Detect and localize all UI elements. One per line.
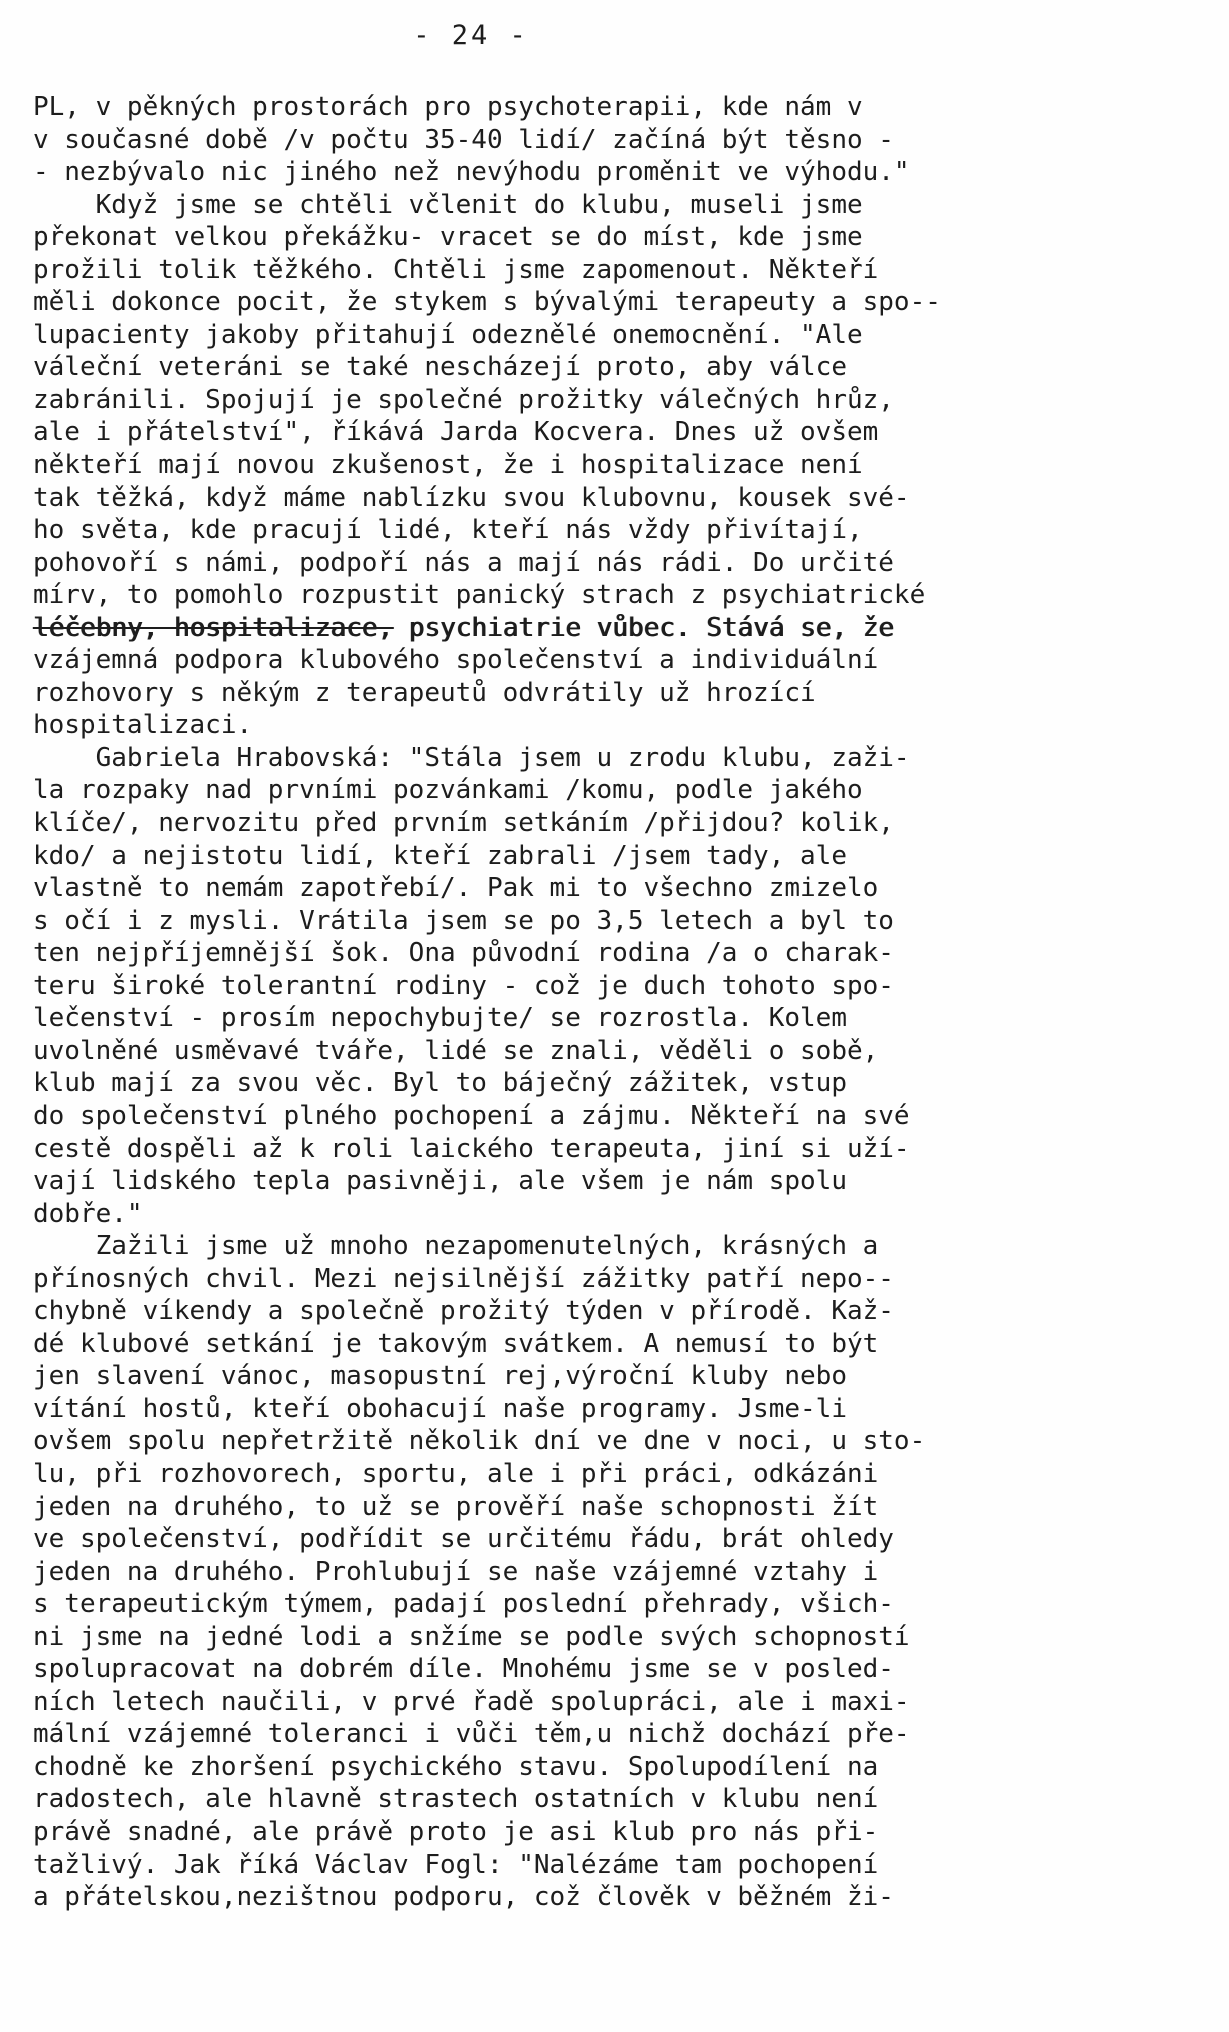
text-line: radostech, ale hlavně strastech ostatníc… [33,1783,933,1816]
page-number: - 24 - [33,20,909,51]
text-line: měli dokonce pocit, že stykem s bývalými… [33,286,933,319]
text-line: jen slavení vánoc, masopustní rej,výročn… [33,1360,933,1393]
text-line: do společenství plného pochopení a zájmu… [33,1100,933,1133]
text-line: Gabriela Hrabovská: "Stála jsem u zrodu … [33,742,933,775]
overtyped-text: léčebny, hospitalizace, [33,613,393,643]
text-line: ni jsme na jedné lodi a snžíme se podle … [33,1621,933,1654]
text-line: překonat velkou překážku- vracet se do m… [33,221,933,254]
text-line: s očí i z mysli. Vrátila jsem se po 3,5 … [33,905,933,938]
text-line: klub mají za svou věc. Byl to báječný zá… [33,1067,933,1100]
text-line: mírv, to pomohlo rozpustit panický strac… [33,579,933,612]
text-line: hospitalizaci. [33,709,933,742]
text-line: Když jsme se chtěli včlenit do klubu, mu… [33,189,933,222]
text-line: váleční veteráni se také nescházejí prot… [33,351,933,384]
text-line: právě snadné, ale právě proto je asi klu… [33,1816,933,1849]
text-line: ve společenství, podřídit se určitému řá… [33,1523,933,1556]
text-line: lečenství - prosím nepochybujte/ se rozr… [33,1002,933,1035]
text-line: - nezbývalo nic jiného než nevýhodu prom… [33,156,933,189]
text-line: PL, v pěkných prostorách pro psychoterap… [33,91,933,124]
text-line: rozhovory s někým z terapeutů odvrátily … [33,677,933,710]
text-line: prožili tolik těžkého. Chtěli jsme zapom… [33,254,933,287]
text-line: ten nejpříjemnější šok. Ona původní rodi… [33,937,933,970]
text-line: jeden na druhého, to už se prověří naše … [33,1491,933,1524]
text-line: chodně ke zhoršení psychického stavu. Sp… [33,1751,933,1784]
text-line: přínosných chvil. Mezi nejsilnější zážit… [33,1263,933,1296]
text-line: klíče/, nervozitu před prvním setkáním /… [33,807,933,840]
text-line: mální vzájemné toleranci i vůči těm,u ni… [33,1718,933,1751]
text-line: uvolněné usměvavé tváře, lidé se znali, … [33,1035,933,1068]
text-line: v současné době /v počtu 35-40 lidí/ zač… [33,124,933,157]
text-line: lu, při rozhovorech, sportu, ale i při p… [33,1458,933,1491]
text-line: pohovoří s námi, podpoří nás a mají nás … [33,547,933,580]
text-line: Zažili jsme už mnoho nezapomenutelných, … [33,1230,933,1263]
text-line: spolupracovat na dobrém díle. Mnohému js… [33,1653,933,1686]
document-page: - 24 - PL, v pěkných prostorách pro psyc… [0,0,1229,2032]
text-line: lupacienty jakoby přitahují odeznělé one… [33,319,933,352]
text-line: ních letech naučili, v prvé řadě spolupr… [33,1686,933,1719]
page-body: PL, v pěkných prostorách pro psychoterap… [33,91,933,1914]
text-line: kdo/ a nejistotu lidí, kteří zabrali /js… [33,840,933,873]
text-line: tak těžká, když máme nablízku svou klubo… [33,482,933,515]
text-line: chybně víkendy a společně prožitý týden … [33,1295,933,1328]
text-line: vlastně to nemám zapotřebí/. Pak mi to v… [33,872,933,905]
text-line: někteří mají novou zkušenost, že i hospi… [33,449,933,482]
text-line: tažlivý. Jak říká Václav Fogl: "Nalézáme… [33,1849,933,1882]
text-line: jeden na druhého. Prohlubují se naše vzá… [33,1556,933,1589]
text-line: ale i přátelství", říkává Jarda Kocvera.… [33,416,933,449]
text-line: dobře." [33,1198,933,1231]
text-line: ovšem spolu nepřetržitě několik dní ve d… [33,1425,933,1458]
text-line: teru široké tolerantní rodiny - což je d… [33,970,933,1003]
text-line: léčebny, hospitalizace, psychiatrie vůbe… [33,612,933,645]
text-line: dé klubové setkání je takovým svátkem. A… [33,1328,933,1361]
text-line: vítání hostů, kteří obohacují naše progr… [33,1393,933,1426]
text-line: cestě dospěli až k roli laického terapeu… [33,1133,933,1166]
text-line: ho světa, kde pracují lidé, kteří nás vž… [33,514,933,547]
text-line: vají lidského tepla pasivněji, ale všem … [33,1165,933,1198]
text-line: zabránili. Spojují je společné prožitky … [33,384,933,417]
text-line: a přátelskou,nezištnou podporu, což člov… [33,1881,933,1914]
text-line: s terapeutickým týmem, padají poslední p… [33,1588,933,1621]
text-line: la rozpaky nad prvními pozvánkami /komu,… [33,774,933,807]
text-line: vzájemná podpora klubového společenství … [33,644,933,677]
